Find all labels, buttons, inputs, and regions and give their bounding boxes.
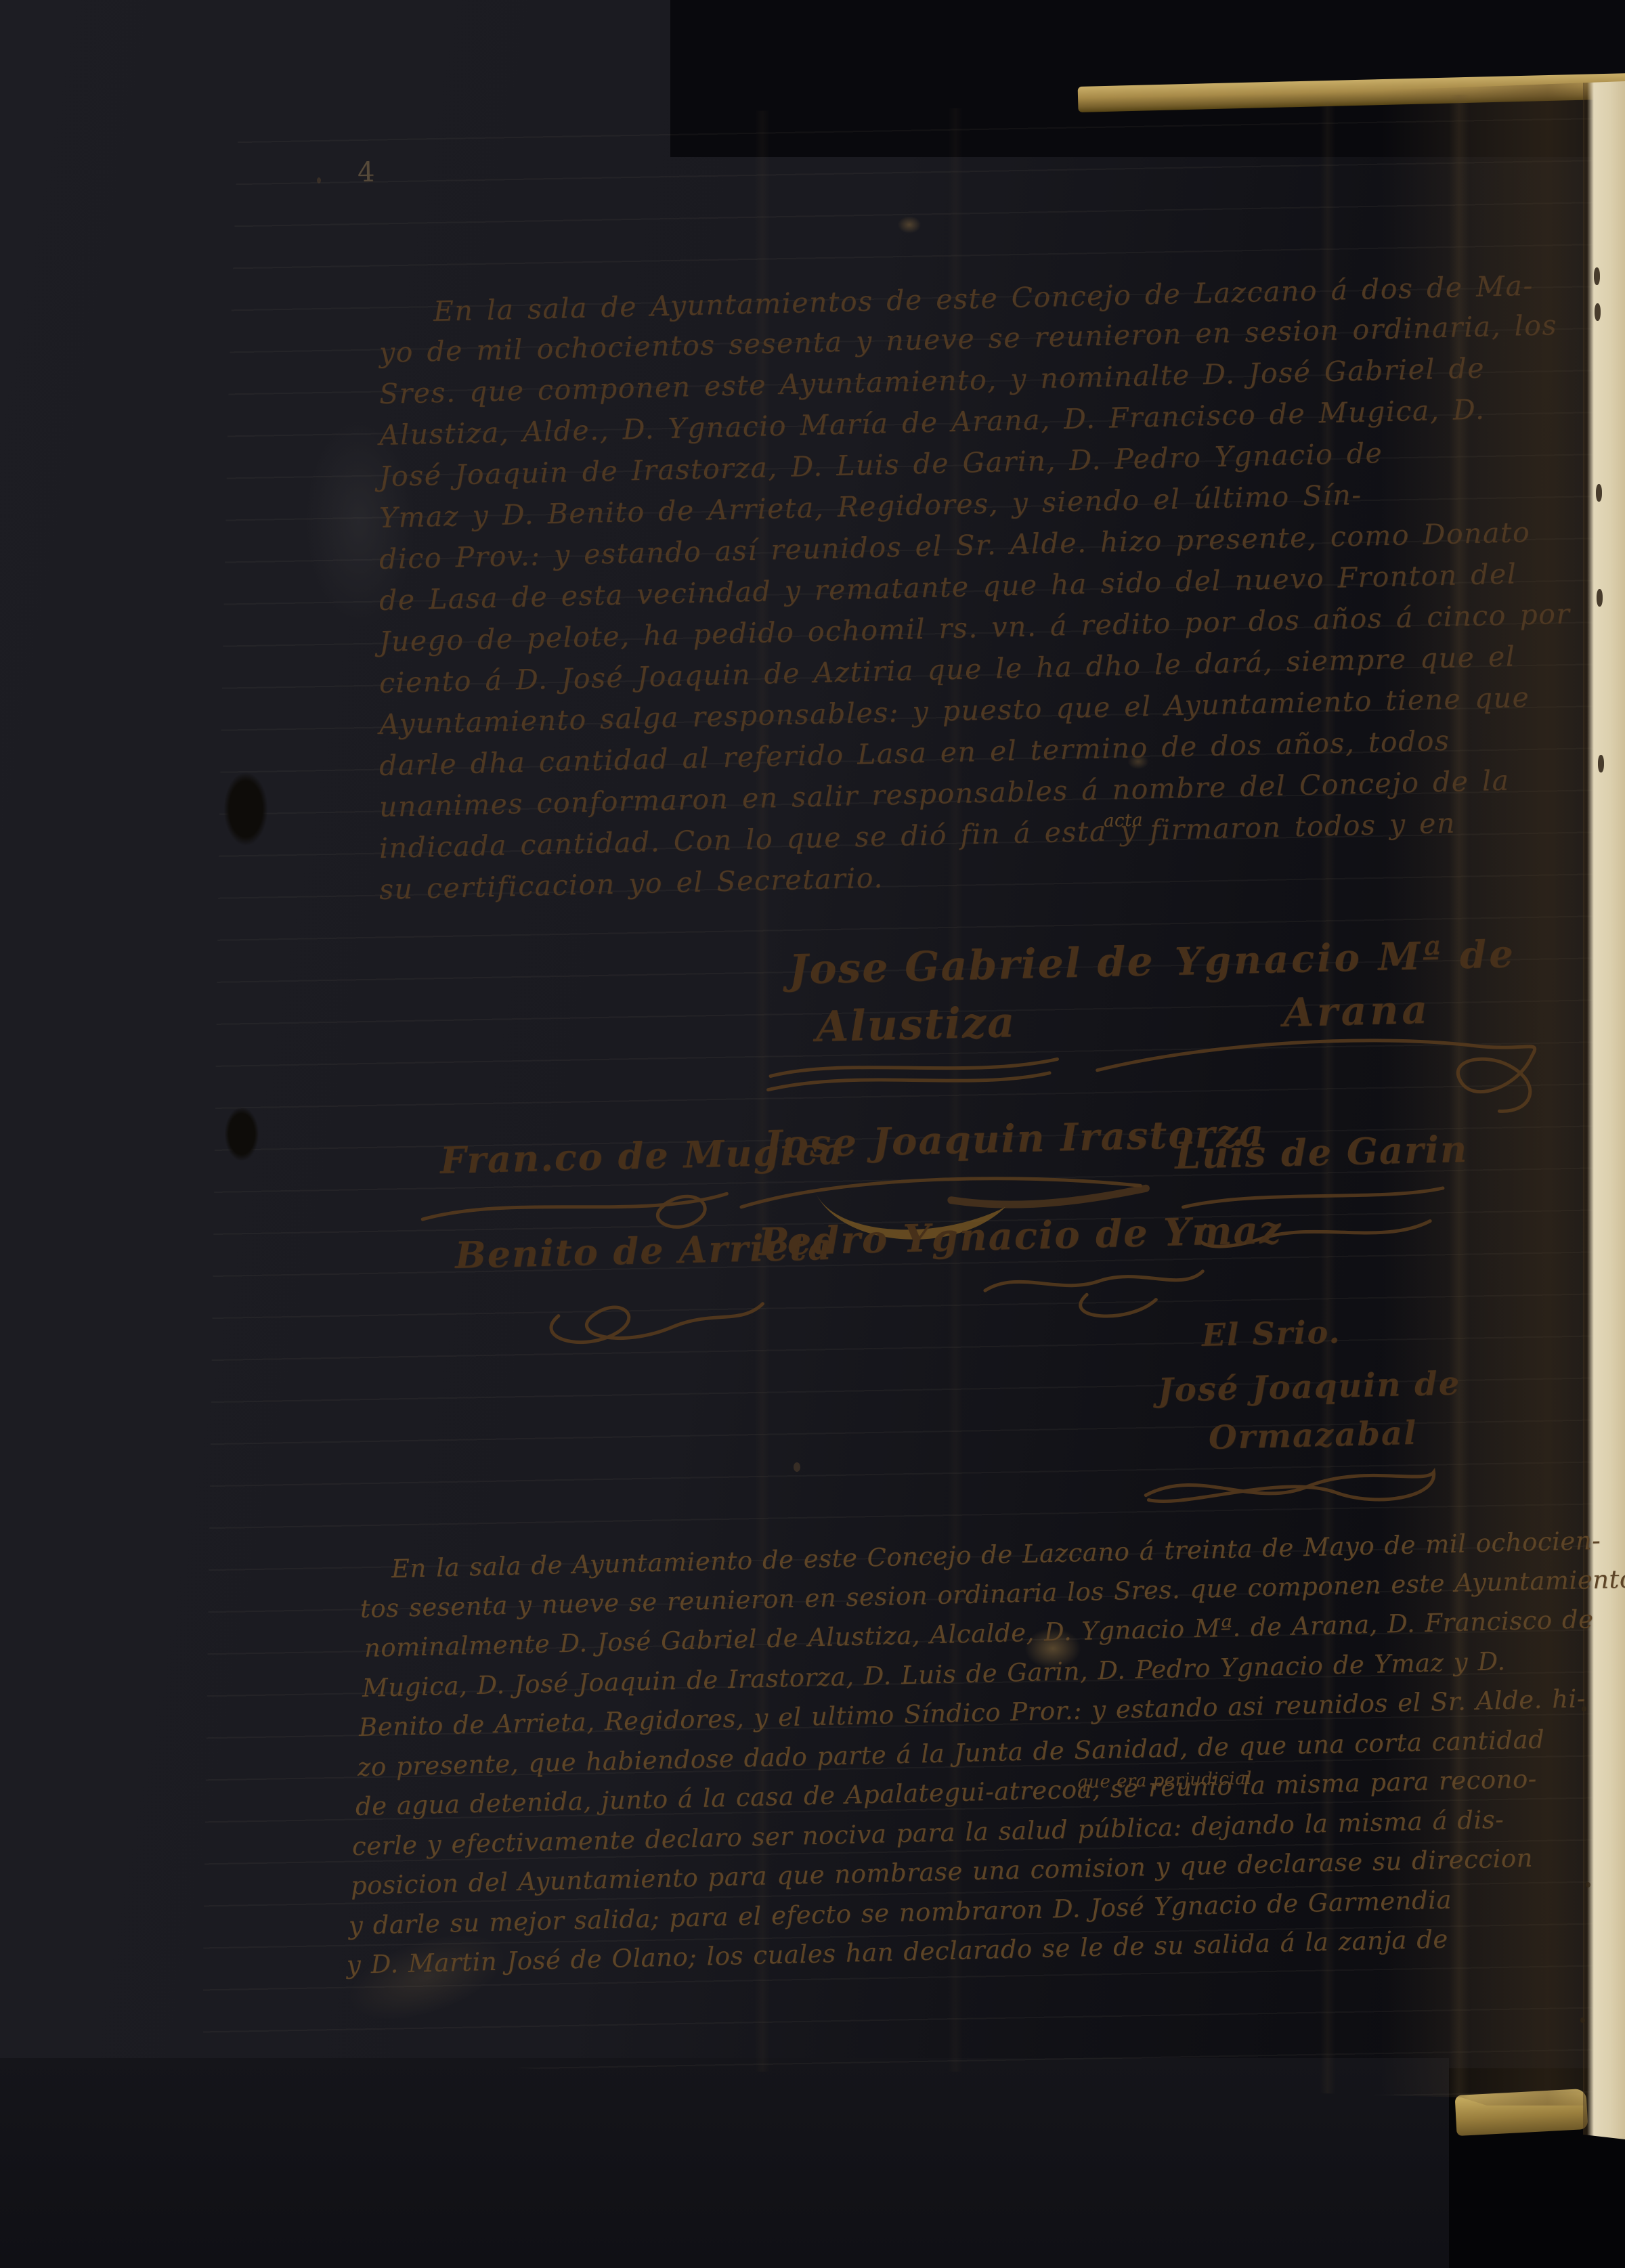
binding-stitch — [1598, 755, 1604, 772]
signature-name-line: Luis de Garin — [1174, 1127, 1469, 1177]
signature-name-line: Ygnacio Mª de — [1174, 932, 1516, 984]
act1-interlinear-insertion: acta — [1104, 810, 1144, 831]
binding-stitch — [1596, 484, 1602, 502]
signature-flourish — [1131, 1457, 1451, 1516]
edge-speck — [1586, 1882, 1590, 1888]
binding-stitch — [1594, 267, 1600, 285]
signature-name-line: Ormazabal — [1208, 1414, 1417, 1457]
ink-dot — [317, 177, 321, 183]
binding-stitch — [1595, 303, 1601, 321]
page-number: 4 — [357, 156, 375, 188]
foxing-stain — [894, 213, 925, 236]
page-edge-tear — [215, 758, 276, 860]
photo-canvas: 4 En la sala de Ayuntamientos de este Co… — [0, 0, 1625, 2268]
page-edge-tear — [218, 1097, 265, 1171]
ink-dot — [794, 1462, 800, 1472]
act2-interlinear-insertion: que era perjudicial — [1077, 1768, 1253, 1793]
signature-name-line: Alustiza — [815, 997, 1016, 1051]
secretary-title: El Srio. — [1201, 1313, 1341, 1353]
signature-name-line: Jose Gabriel de — [788, 938, 1154, 994]
stacked-page-edges — [203, 126, 256, 2062]
signature-flourish — [978, 1258, 1209, 1325]
binding-stitch — [1597, 589, 1603, 607]
edge-speck — [1580, 2018, 1585, 2023]
adjacent-page-sliver — [1583, 80, 1625, 2141]
manuscript-page: 4 En la sala de Ayuntamientos de este Co… — [0, 0, 1625, 2268]
signature-name-line: José Joaquin de — [1157, 1364, 1460, 1410]
signature-flourish — [538, 1284, 769, 1354]
signature-flourish — [764, 1049, 1063, 1097]
